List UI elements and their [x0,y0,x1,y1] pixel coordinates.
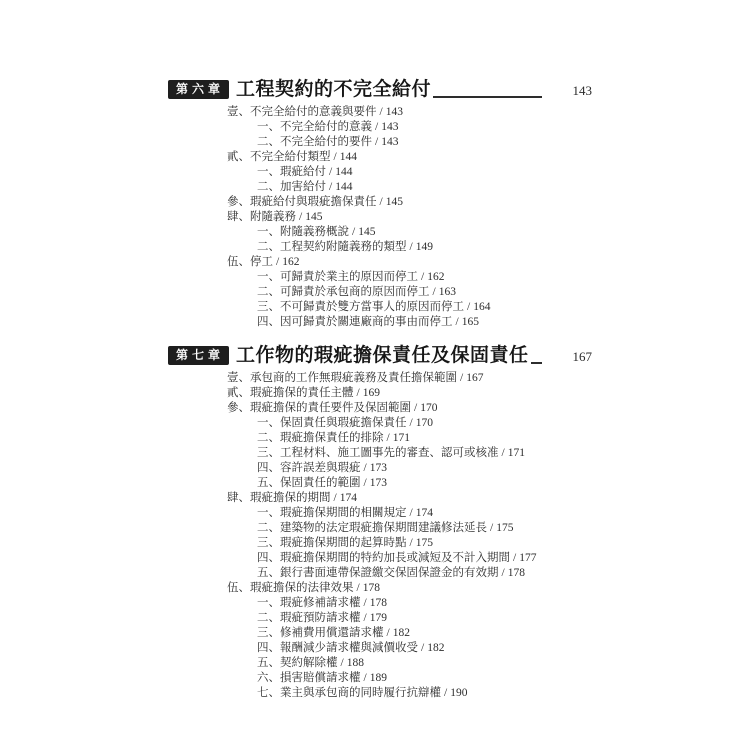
toc-entry-title: 二、可歸責於承包商的原因而停工 [257,286,430,298]
toc-entry: 七、業主與承包商的同時履行抗辯權/190 [168,686,592,701]
toc-entry-title: 六、損害賠償請求權 [257,672,361,684]
toc-entry-page-number: 169 [363,387,380,399]
toc-entry-title: 五、保固責任的範圍 [257,477,361,489]
toc-entry-separator: / [410,417,413,429]
toc-entry-page-number: 145 [358,226,375,238]
toc-entry-title: 參、瑕疵給付與瑕疵擔保責任 [227,196,377,208]
toc-entry: 二、加害給付/144 [168,180,592,195]
toc-entry: 三、瑕疵擔保期間的起算時點/175 [168,536,592,551]
toc-entry-title: 五、契約解除權 [257,657,338,669]
toc-entry-title: 三、修補費用償還請求權 [257,627,384,639]
toc-entry: 肆、附隨義務/145 [168,210,592,225]
toc-entry-title: 二、瑕疵預防請求權 [257,612,361,624]
toc-entry-title: 七、業主與承包商的同時履行抗辯權 [257,687,441,699]
toc-entry-separator: / [410,537,413,549]
toc-entry-title: 一、不完全給付的意義 [257,121,372,133]
toc-entry: 貳、瑕疵擔保的責任主體/169 [168,386,592,401]
toc-entry: 三、修補費用償還請求權/182 [168,626,592,641]
toc-entry-title: 二、加害給付 [257,181,326,193]
leader-line [433,96,542,98]
toc-entry: 三、不可歸責於雙方當事人的原因而停工/164 [168,300,592,315]
toc-entry-separator: / [375,121,378,133]
toc-entry-title: 壹、承包商的工作無瑕疵義務及責任擔保範圍 [227,372,457,384]
toc-entry-page-number: 178 [363,582,380,594]
chapter-badge: 第七章 [168,346,229,365]
toc-entry-title: 一、瑕疵擔保期間的相關規定 [257,507,407,519]
toc-entry-page-number: 174 [416,507,433,519]
toc-entry-title: 二、工程契約附隨義務的類型 [257,241,407,253]
toc-entry-separator: / [357,387,360,399]
toc-entry-separator: / [334,151,337,163]
toc-entry-separator: / [421,271,424,283]
toc-entry-page-number: 179 [370,612,387,624]
toc-entry-separator: / [329,181,332,193]
toc-entry-page-number: 175 [416,537,433,549]
toc-entry-separator: / [502,567,505,579]
toc-entry-page-number: 178 [508,567,525,579]
table-of-contents: 第六章 工程契約的不完全給付 143 壹、不完全給付的意義與要件/143 一、不… [168,78,592,701]
toc-entry-separator: / [387,432,390,444]
toc-entry-separator: / [357,582,360,594]
toc-entry-separator: / [276,256,279,268]
toc-entry: 二、可歸責於承包商的原因而停工/163 [168,285,592,300]
toc-entry-title: 肆、瑕疵擔保的期間 [227,492,331,504]
toc-entry: 四、容許誤差與瑕疵/173 [168,461,592,476]
toc-entry: 一、不完全給付的意義/143 [168,120,592,135]
chapter-header: 第七章 工作物的瑕疵擔保責任及保固責任 167 [168,344,592,366]
toc-entry: 一、附隨義務概說/145 [168,225,592,240]
toc-entry-separator: / [410,507,413,519]
toc-entry-separator: / [364,462,367,474]
toc-entry-title: 參、瑕疵擔保的責任要件及保固範圍 [227,402,411,414]
chapter-badge: 第六章 [168,80,229,99]
toc-entry-title: 貳、不完全給付類型 [227,151,331,163]
toc-entry: 伍、停工/162 [168,255,592,270]
toc-entry-page-number: 144 [335,181,352,193]
toc-entry-separator: / [299,211,302,223]
toc-entry-page-number: 143 [381,136,398,148]
toc-entry-title: 五、銀行書面連帶保證繳交保固保證金的有效期 [257,567,499,579]
toc-entry: 一、可歸責於業主的原因而停工/162 [168,270,592,285]
toc-entry: 二、不完全給付的要件/143 [168,135,592,150]
toc-entry-separator: / [444,687,447,699]
toc-chapter-1: 第六章 工程契約的不完全給付 143 壹、不完全給付的意義與要件/143 一、不… [168,78,592,330]
toc-entry-separator: / [414,402,417,414]
toc-entry-page-number: 170 [420,402,437,414]
toc-entry-page-number: 162 [282,256,299,268]
toc-entry-title: 伍、停工 [227,256,273,268]
toc-entry-page-number: 190 [450,687,467,699]
toc-entry-separator: / [410,241,413,253]
toc-entry-separator: / [352,226,355,238]
toc-entry-separator: / [380,196,383,208]
toc-entry: 四、報酬減少請求權與減價收受/182 [168,641,592,656]
toc-entry: 二、建築物的法定瑕疵擔保期間建議修法延長/175 [168,521,592,536]
chapter-title: 工程契約的不完全給付 [236,79,431,100]
toc-entry-title: 一、保固責任與瑕疵擔保責任 [257,417,407,429]
toc-entry-separator: / [341,657,344,669]
toc-entry-page-number: 171 [508,447,525,459]
toc-entry-title: 四、因可歸責於關連廠商的事由而停工 [257,316,453,328]
toc-entry-title: 一、可歸責於業主的原因而停工 [257,271,418,283]
toc-entry-page-number: 178 [370,597,387,609]
toc-entry-separator: / [433,286,436,298]
toc-entry: 壹、不完全給付的意義與要件/143 [168,105,592,120]
toc-entry: 三、工程材料、施工圖事先的審查、認可或核准/171 [168,446,592,461]
toc-entry-page-number: 163 [439,286,456,298]
toc-entry-title: 三、瑕疵擔保期間的起算時點 [257,537,407,549]
toc-entry-page-number: 143 [381,121,398,133]
toc-entry: 參、瑕疵給付與瑕疵擔保責任/145 [168,195,592,210]
toc-entry-page-number: 165 [462,316,479,328]
toc-entry-title: 二、不完全給付的要件 [257,136,372,148]
toc-entry-page-number: 164 [473,301,490,313]
toc-entry-page-number: 144 [340,151,357,163]
toc-entry-page-number: 173 [370,462,387,474]
toc-entry-separator: / [380,106,383,118]
toc-entry: 五、保固責任的範圍/173 [168,476,592,491]
toc-entry-title: 一、附隨義務概說 [257,226,349,238]
toc-entry-separator: / [364,672,367,684]
toc-entry: 貳、不完全給付類型/144 [168,150,592,165]
toc-entry: 四、瑕疵擔保期間的特約加長或減短及不計入期間/177 [168,551,592,566]
chapter-entry-list: 壹、承包商的工作無瑕疵義務及責任擔保範圍/167 貳、瑕疵擔保的責任主體/169… [168,371,592,701]
toc-entry-separator: / [467,301,470,313]
toc-entry-separator: / [329,166,332,178]
toc-entry-separator: / [364,597,367,609]
toc-entry: 二、工程契約附隨義務的類型/149 [168,240,592,255]
toc-entry: 二、瑕疵擔保責任的排除/171 [168,431,592,446]
toc-entry: 一、保固責任與瑕疵擔保責任/170 [168,416,592,431]
toc-entry-separator: / [513,552,516,564]
toc-entry-title: 二、瑕疵擔保責任的排除 [257,432,384,444]
toc-entry-page-number: 149 [416,241,433,253]
toc-entry: 二、瑕疵預防請求權/179 [168,611,592,626]
toc-entry-separator: / [364,477,367,489]
toc-entry: 五、契約解除權/188 [168,656,592,671]
toc-entry-title: 一、瑕疵給付 [257,166,326,178]
toc-entry: 一、瑕疵擔保期間的相關規定/174 [168,506,592,521]
toc-entry-page-number: 171 [393,432,410,444]
leader-line [531,362,542,364]
chapter-header: 第六章 工程契約的不完全給付 143 [168,78,592,100]
toc-entry-title: 壹、不完全給付的意義與要件 [227,106,377,118]
book-toc-page: 第六章 工程契約的不完全給付 143 壹、不完全給付的意義與要件/143 一、不… [0,0,750,750]
toc-entry-page-number: 182 [427,642,444,654]
toc-entry-page-number: 173 [370,477,387,489]
toc-entry: 六、損害賠償請求權/189 [168,671,592,686]
toc-entry-page-number: 170 [416,417,433,429]
toc-entry: 四、因可歸責於關連廠商的事由而停工/165 [168,315,592,330]
toc-entry: 壹、承包商的工作無瑕疵義務及責任擔保範圍/167 [168,371,592,386]
toc-entry-title: 四、瑕疵擔保期間的特約加長或減短及不計入期間 [257,552,510,564]
toc-entry-separator: / [456,316,459,328]
toc-entry: 五、銀行書面連帶保證繳交保固保證金的有效期/178 [168,566,592,581]
chapter-page-number: 167 [542,349,592,366]
toc-entry-separator: / [490,522,493,534]
toc-entry-separator: / [375,136,378,148]
toc-entry: 一、瑕疵給付/144 [168,165,592,180]
toc-entry-title: 二、建築物的法定瑕疵擔保期間建議修法延長 [257,522,487,534]
toc-entry-page-number: 177 [519,552,536,564]
toc-entry-title: 四、報酬減少請求權與減價收受 [257,642,418,654]
toc-entry: 肆、瑕疵擔保的期間/174 [168,491,592,506]
toc-entry-separator: / [334,492,337,504]
chapter-title: 工作物的瑕疵擔保責任及保固責任 [236,345,529,366]
toc-entry-page-number: 162 [427,271,444,283]
toc-entry-separator: / [387,627,390,639]
toc-entry-separator: / [421,642,424,654]
toc-entry-title: 一、瑕疵修補請求權 [257,597,361,609]
toc-entry-separator: / [502,447,505,459]
toc-entry-title: 貳、瑕疵擔保的責任主體 [227,387,354,399]
toc-entry-page-number: 143 [386,106,403,118]
toc-entry-title: 三、工程材料、施工圖事先的審查、認可或核准 [257,447,499,459]
toc-entry-page-number: 188 [347,657,364,669]
toc-entry-page-number: 182 [393,627,410,639]
toc-entry: 參、瑕疵擔保的責任要件及保固範圍/170 [168,401,592,416]
toc-entry-page-number: 144 [335,166,352,178]
toc-entry-title: 四、容許誤差與瑕疵 [257,462,361,474]
toc-entry-separator: / [364,612,367,624]
toc-entry-separator: / [460,372,463,384]
toc-entry-page-number: 175 [496,522,513,534]
toc-entry: 伍、瑕疵擔保的法律效果/178 [168,581,592,596]
toc-chapter-2: 第七章 工作物的瑕疵擔保責任及保固責任 167 壹、承包商的工作無瑕疵義務及責任… [168,344,592,701]
toc-entry-page-number: 174 [340,492,357,504]
toc-entry-page-number: 189 [370,672,387,684]
toc-entry-page-number: 167 [466,372,483,384]
chapter-page-number: 143 [542,83,592,100]
toc-entry-title: 伍、瑕疵擔保的法律效果 [227,582,354,594]
toc-entry: 一、瑕疵修補請求權/178 [168,596,592,611]
toc-entry-title: 三、不可歸責於雙方當事人的原因而停工 [257,301,464,313]
toc-entry-page-number: 145 [386,196,403,208]
chapter-entry-list: 壹、不完全給付的意義與要件/143 一、不完全給付的意義/143 二、不完全給付… [168,105,592,330]
toc-entry-title: 肆、附隨義務 [227,211,296,223]
toc-entry-page-number: 145 [305,211,322,223]
